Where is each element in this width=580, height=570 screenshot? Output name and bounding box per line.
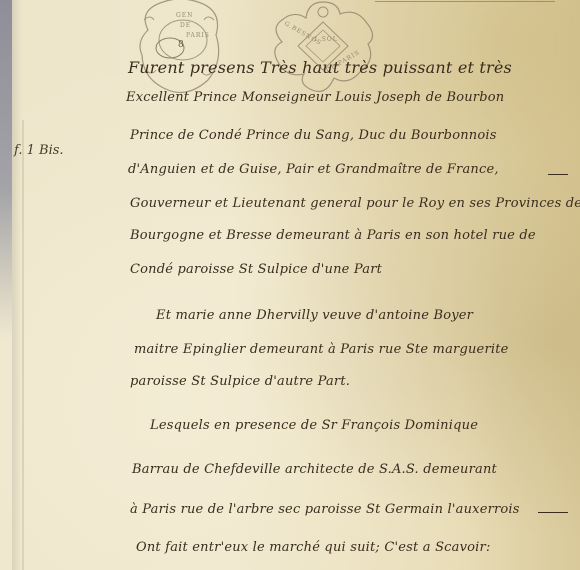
text-line-1: Furent presens Très haut très puissant e… <box>128 58 512 77</box>
manuscript-page: GEN DE PARIS 8 1 SOL G.BESNOS DE PARIS f… <box>0 0 580 570</box>
text-line-12: Barrau de Chefdeville architecte de S.A.… <box>132 462 497 477</box>
binding-shadow <box>0 0 12 340</box>
line-filler-dash-2 <box>538 512 568 513</box>
text-line-9: maitre Epinglier demeurant à Paris rue S… <box>134 342 509 357</box>
text-line-4: d'Anguien et de Guise, Pair et Grandmaît… <box>128 162 499 177</box>
left-seal-text-1: GEN <box>176 12 193 19</box>
top-rule-line <box>375 1 555 2</box>
left-seal-mark: 8 <box>178 40 185 50</box>
margin-folio-note: f. 1 Bis. <box>14 143 64 158</box>
left-seal-text-2: DE <box>180 22 191 29</box>
text-line-11: Lesquels en presence de Sr François Domi… <box>150 418 478 433</box>
text-line-10: paroisse St Sulpice d'autre Part. <box>130 374 350 389</box>
left-seal-text-3: PARIS <box>186 32 210 39</box>
line-filler-dash <box>548 174 568 175</box>
text-line-14: Ont fait entr'eux le marché qui suit; C'… <box>136 540 491 555</box>
page-edge <box>12 0 22 570</box>
text-line-13: à Paris rue de l'arbre sec paroisse St G… <box>130 502 520 517</box>
text-line-5: Gouverneur et Lieutenant general pour le… <box>130 196 580 211</box>
text-line-3: Prince de Condé Prince du Sang, Duc du B… <box>130 128 497 143</box>
text-line-2: Excellent Prince Monseigneur Louis Josep… <box>126 90 504 105</box>
text-line-7: Condé paroisse St Sulpice d'une Part <box>130 262 382 277</box>
left-seal-stamp-icon: GEN DE PARIS 8 <box>128 0 233 100</box>
paper-fold <box>22 120 24 570</box>
text-line-6: Bourgogne et Bresse demeurant à Paris en… <box>130 228 536 243</box>
text-line-8: Et marie anne Dhervilly veuve d'antoine … <box>156 308 473 323</box>
right-seal-stamp-icon: 1 SOL G.BESNOS DE PARIS <box>268 0 378 98</box>
